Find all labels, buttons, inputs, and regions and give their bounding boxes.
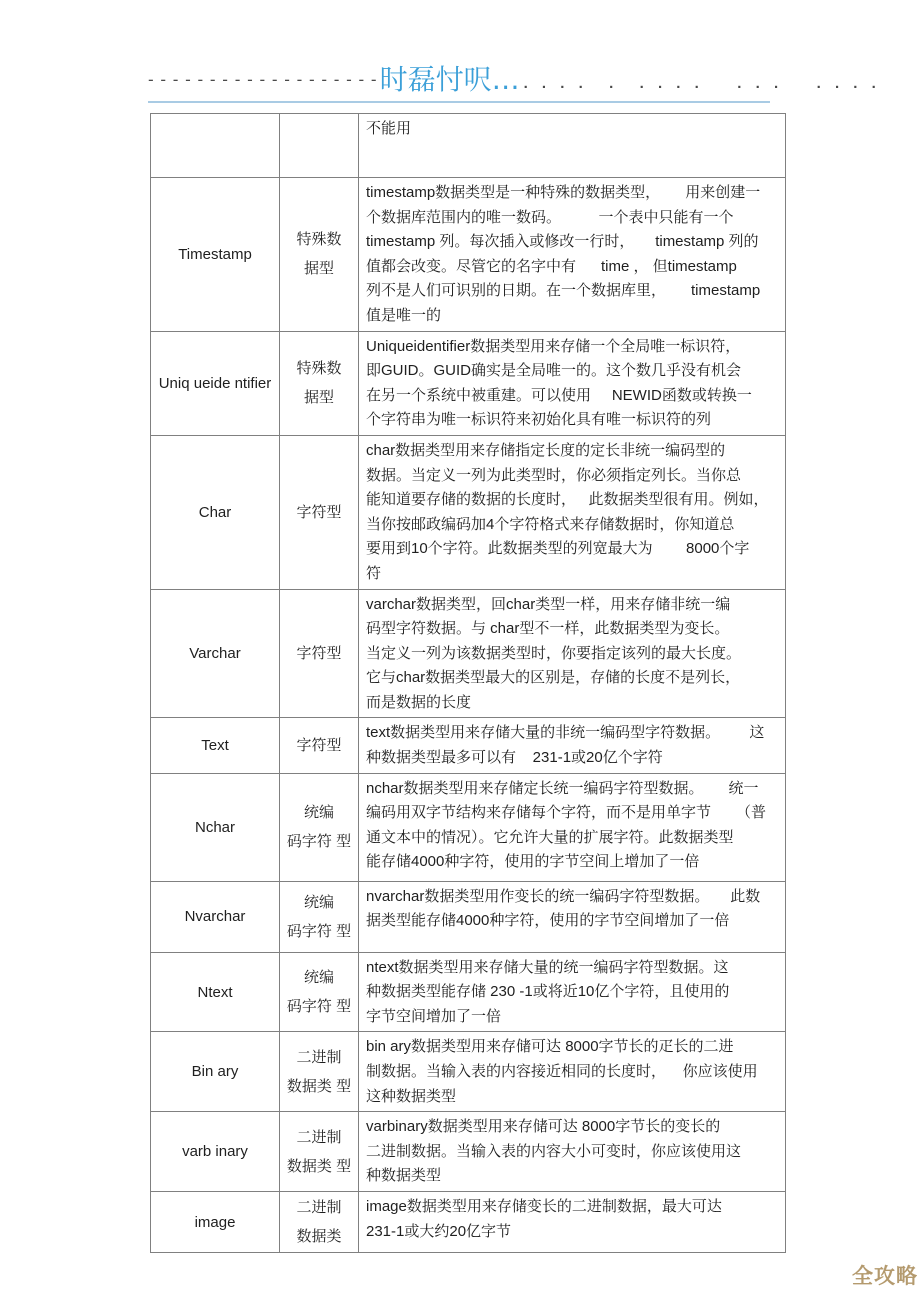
description-cell: nvarchar数据类型用作变长的统一编码字符型数据。 此数据类型能存储4000… xyxy=(359,881,786,952)
datatype-name-cell: Timestamp xyxy=(151,178,280,332)
table-row: Nvarchar 统编码字符 型 nvarchar数据类型用作变长的统一编码字符… xyxy=(151,881,786,952)
datatype-name-cell xyxy=(151,114,280,178)
description-cell: timestamp数据类型是一种特殊的数据类型， 用来创建一个数据库范围内的唯一… xyxy=(359,178,786,332)
category-cell xyxy=(280,114,359,178)
header-dots: . . . . . . . . . . . . . . . . xyxy=(524,69,878,92)
table-row: Ntext 统编码字符 型 ntext数据类型用来存储大量的统一编码字符型数据。… xyxy=(151,952,786,1032)
category-cell: 特殊数据型 xyxy=(280,178,359,332)
table-row: Text 字符型 text数据类型用来存储大量的非统一编码型字符数据。 这种数据… xyxy=(151,718,786,773)
datatype-name-cell: Text xyxy=(151,718,280,773)
category-cell: 二进制数据类 型 xyxy=(280,1032,359,1112)
category-cell: 统编码字符 型 xyxy=(280,881,359,952)
description-cell: ntext数据类型用来存储大量的统一编码字符型数据。这种数据类型能存储 230 … xyxy=(359,952,786,1032)
table-row: varb inary 二进制数据类 型 varbinary数据类型用来存储可达 … xyxy=(151,1112,786,1192)
category-cell: 二进制数据类 xyxy=(280,1192,359,1253)
category-cell: 统编码字符 型 xyxy=(280,952,359,1032)
datatype-name-cell: Uniq ueide ntifier xyxy=(151,331,280,435)
header-dashes: - - - - - - - - - - - - - - - - - - - xyxy=(148,70,378,90)
description-cell: nchar数据类型用来存储定长统一编码字符型数据。 统一编码用双字节结构来存储每… xyxy=(359,773,786,881)
table-row: Nchar 统编码字符 型 nchar数据类型用来存储定长统一编码字符型数据。 … xyxy=(151,773,786,881)
table-row: Char 字符型 char数据类型用来存储指定长度的定长非统一编码型的数据。当定… xyxy=(151,435,786,589)
category-cell: 统编码字符 型 xyxy=(280,773,359,881)
page-title: 时磊忖呎… xyxy=(380,66,520,94)
table-row: 不能用 xyxy=(151,114,786,178)
datatype-name-cell: image xyxy=(151,1192,280,1253)
datatype-name-cell: Bin ary xyxy=(151,1032,280,1112)
datatype-name-cell: varb inary xyxy=(151,1112,280,1192)
description-cell: image数据类型用来存储变长的二进制数据，最大可达231-1或大约20亿字节 xyxy=(359,1192,786,1253)
datatype-name-cell: Ntext xyxy=(151,952,280,1032)
watermark: 全攻略 xyxy=(852,1260,918,1290)
table-row: Varchar 字符型 varchar数据类型，回char类型一样，用来存储非统… xyxy=(151,589,786,718)
category-cell: 字符型 xyxy=(280,589,359,718)
datatype-name-cell: Varchar xyxy=(151,589,280,718)
description-cell: char数据类型用来存储指定长度的定长非统一编码型的数据。当定义一列为此类型时，… xyxy=(359,435,786,589)
table-row: Uniq ueide ntifier 特殊数据型 Uniqueidentifie… xyxy=(151,331,786,435)
description-cell: 不能用 xyxy=(359,114,786,178)
category-cell: 字符型 xyxy=(280,435,359,589)
description-cell: varbinary数据类型用来存储可达 8000字节长的变长的二进制数据。当输入… xyxy=(359,1112,786,1192)
datatype-name-cell: Char xyxy=(151,435,280,589)
category-cell: 特殊数据型 xyxy=(280,331,359,435)
header-line: - - - - - - - - - - - - - - - - - - - 时磊… xyxy=(148,60,772,100)
description-cell: text数据类型用来存储大量的非统一编码型字符数据。 这种数据类型最多可以有 2… xyxy=(359,718,786,773)
category-cell: 二进制数据类 型 xyxy=(280,1112,359,1192)
datatype-name-cell: Nchar xyxy=(151,773,280,881)
header-rule xyxy=(148,101,770,103)
datatype-name-cell: Nvarchar xyxy=(151,881,280,952)
page-header: - - - - - - - - - - - - - - - - - - - 时磊… xyxy=(148,60,772,103)
description-cell: varchar数据类型，回char类型一样，用来存储非统一编码型字符数据。与 c… xyxy=(359,589,786,718)
table-row: image 二进制数据类 image数据类型用来存储变长的二进制数据，最大可达2… xyxy=(151,1192,786,1253)
description-cell: bin ary数据类型用来存储可达 8000字节长的疋长的二进制数据。当输入表的… xyxy=(359,1032,786,1112)
table-row: Bin ary 二进制数据类 型 bin ary数据类型用来存储可达 8000字… xyxy=(151,1032,786,1112)
table-row: Timestamp 特殊数据型 timestamp数据类型是一种特殊的数据类型，… xyxy=(151,178,786,332)
datatypes-table-body: 不能用 Timestamp 特殊数据型 timestamp数据类型是一种特殊的数… xyxy=(151,114,786,1253)
category-cell: 字符型 xyxy=(280,718,359,773)
description-cell: Uniqueidentifier数据类型用来存储一个全局唯一标识符，即GUID。… xyxy=(359,331,786,435)
datatypes-table: 不能用 Timestamp 特殊数据型 timestamp数据类型是一种特殊的数… xyxy=(150,113,786,1253)
